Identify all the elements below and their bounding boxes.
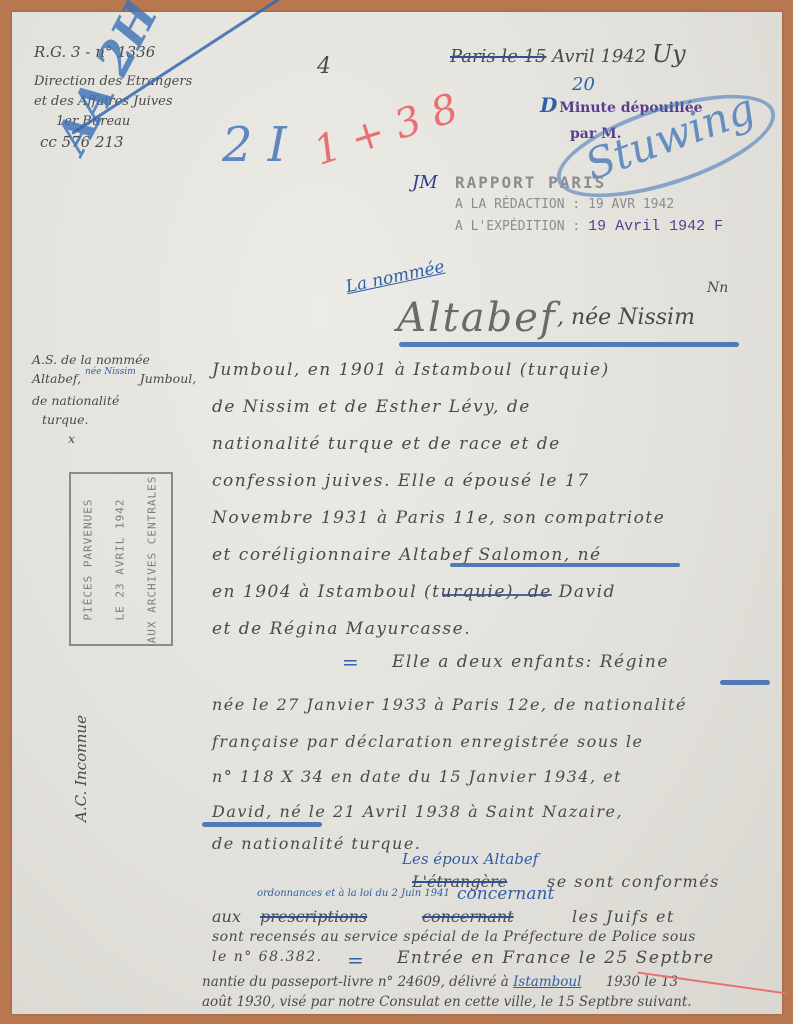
body-line-13: David, né le 21 Avril 1938 à Saint Nazai… [212, 802, 623, 821]
redaction-label: A LA RÉDACTION : [455, 197, 580, 212]
final-line: août 1930, visé par notre Consulat en ce… [202, 994, 692, 1010]
margin-note-birthname: Jumboul, [140, 371, 196, 386]
body-line-15: sont recensés au service spécial de la P… [212, 929, 696, 945]
red-pencil-annotation: 1 + 3 8 [309, 85, 464, 174]
date-initials: Uy [652, 40, 686, 68]
line-aux: aux [212, 907, 241, 926]
date-text: Avril 1942 [552, 46, 646, 67]
turquie-strike [442, 594, 552, 596]
subject-superscript: Nn [707, 280, 728, 296]
blue-pencil-mark: 2 I [222, 117, 287, 173]
body-line-9: Elle a deux enfants: Régine [392, 652, 669, 672]
subject-prefix: La nommée [344, 257, 446, 297]
expedition-date: 19 Avril 1942 F [588, 218, 723, 235]
passport-text: nantie du passeport-livre n° 24609, déli… [202, 974, 509, 990]
insert-concernant: concernant [457, 884, 554, 904]
archives-stamp: PIÈCES PARVENUES LE 23 AVRIL 1942 AUX AR… [69, 472, 173, 646]
date-line: Paris le 15 Avril 1942 Uy [450, 40, 686, 68]
subject-nee: , née Nissim [557, 305, 695, 330]
rapport-stamp: RAPPORT PARIS A LA RÉDACTION : 19 AVR 19… [455, 172, 723, 238]
margin-note-surname: Altabef, [32, 371, 81, 386]
body-line-10: née le 27 Janvier 1933 à Paris 12e, de n… [212, 695, 687, 714]
archives-stamp-line1: PIÈCES PARVENUES [82, 498, 95, 620]
body-line-3: nationalité turque et de race et de [212, 434, 561, 454]
margin-note: A.S. de la nommée Altabef, née Nissim Ju… [32, 350, 196, 448]
margin-note-line3: de nationalité [32, 391, 196, 410]
entree-line: Entrée en France le 25 Septbre [397, 948, 715, 968]
body-line-1: Jumboul, en 1901 à Istamboul (turquie) [212, 360, 610, 380]
subject-surname: Altabef [397, 295, 557, 341]
paragraph-mark-1: = [342, 650, 359, 674]
body-line-8: et de Régina Mayurcasse. [212, 619, 471, 639]
passport-year: 1930 [606, 974, 640, 990]
salomon-underline [450, 563, 680, 567]
archives-stamp-line2: LE 23 AVRIL 1942 [114, 498, 127, 620]
subject-underline [399, 342, 739, 347]
margin-note-line4: turque. [32, 410, 196, 429]
pencil-mark-4: 4 [317, 54, 331, 79]
rapport-title: RAPPORT PARIS [455, 172, 723, 194]
document-page: R.G. 3 - n° 1336 Direction des Etrangers… [12, 12, 782, 1014]
line-conformes: se sont conformés [547, 872, 720, 891]
redaction-date: 19 AVR 1942 [588, 197, 674, 212]
david-underline [202, 822, 322, 827]
struck-concernant: concernant [422, 907, 514, 926]
body-line-16: le n° 68.382. [212, 949, 323, 965]
body-line-7: en 1904 à Istamboul (turquie), de David [212, 582, 616, 602]
margin-vertical-note: A.C. Inconnue [72, 715, 90, 822]
body-line-4: confession juives. Elle a épousé le 17 [212, 471, 590, 491]
struck-prescriptions: prescriptions [260, 907, 367, 926]
body-line-5: Novembre 1931 à Paris 11e, son compatrio… [212, 508, 665, 528]
correction-insert: Les époux Altabef [402, 850, 538, 868]
margin-note-insert: née Nissim [85, 367, 136, 377]
body-line-6: et coréligionnaire Altabef Salomon, né [212, 545, 602, 565]
struck-place-date: Paris le 15 [450, 46, 546, 67]
body-line-12: n° 118 X 34 en date du 15 Janvier 1934, … [212, 767, 622, 786]
insert-ordonnances: ordonnances et à la loi du 2 Juin 1941 [257, 888, 450, 899]
margin-note-mark: x [32, 429, 196, 448]
expedition-label: A L'EXPÉDITION : [455, 219, 580, 234]
regine-underline [720, 680, 770, 685]
inserted-city: Istamboul [513, 974, 581, 990]
ink-initials: JM [412, 172, 438, 193]
body-line-14: de nationalité turque. [212, 834, 421, 853]
passport-line: nantie du passeport-livre n° 24609, déli… [202, 974, 678, 990]
paragraph-mark-2: = [347, 948, 364, 972]
body-line-2: de Nissim et de Esther Lévy, de [212, 397, 531, 417]
line-juifs: les Juifs et [572, 907, 675, 926]
body-line-11: française par déclaration enregistrée so… [212, 732, 644, 751]
archives-stamp-line3: AUX ARCHIVES CENTRALES [146, 475, 159, 643]
d-mark: D [540, 93, 557, 117]
